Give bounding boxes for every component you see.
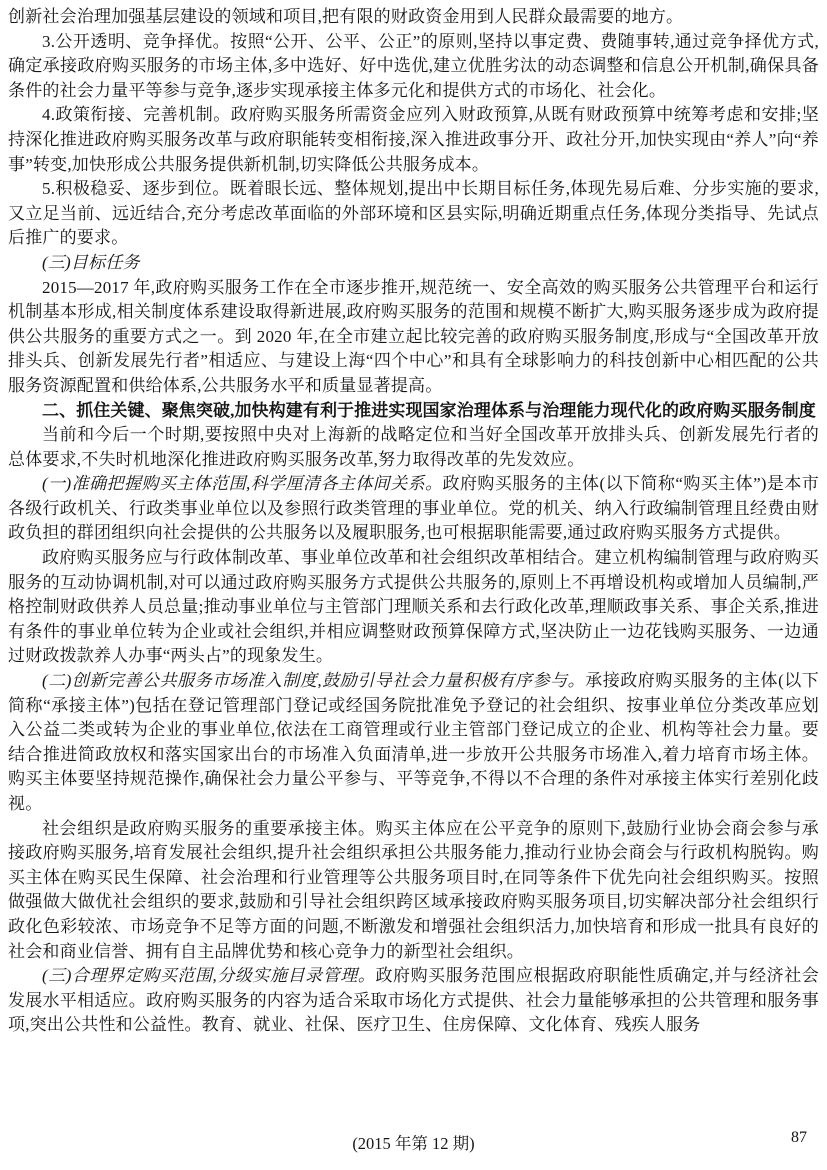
paragraph-section2-intro: 当前和今后一个时期,要按照中央对上海新的战略定位和当好全国改革开放排头兵、创新发… [8,423,819,472]
paragraph-reform-link: 政府购买服务应与行政体制改革、事业单位改革和社会组织改革相结合。建立机构编制管理… [8,546,819,669]
document-page: 创新社会治理加强基层建设的领域和项目,把有限的财政资金用到人民群众最需要的地方。… [0,0,827,1170]
subsection-1-heading: (一)准确把握购买主体范围,科学厘清各主体间关系。 [42,474,443,493]
paragraph-item-5: 5.积极稳妥、逐步到位。既着眼长远、整体规划,提出中长期目标任务,体现先易后难、… [8,177,819,251]
subsection-heading-goals: (三)目标任务 [8,251,819,276]
section-heading-2: 二、抓住关键、聚焦突破,加快构建有利于推进实现国家治理体系与治理能力现代化的政府… [8,399,819,424]
page-footer: (2015 年第 12 期) 87 [8,1132,819,1156]
page-number: 87 [791,1126,807,1150]
paragraph-item-4: 4.政策衔接、完善机制。政府购买服务所需资金应列入财政预算,从既有财政预算中统筹… [8,103,819,177]
document-body: 创新社会治理加强基层建设的领域和项目,把有限的财政资金用到人民群众最需要的地方。… [8,5,819,1038]
paragraph-goals-body: 2015—2017 年,政府购买服务工作在全市逐步推开,规范统一、安全高效的购买… [8,276,819,399]
paragraph-subsection-2: (二)创新完善公共服务市场准入制度,鼓励引导社会力量积极有序参与。承接政府购买服… [8,669,819,817]
subsection-2-heading: (二)创新完善公共服务市场准入制度,鼓励引导社会力量积极有序参与。 [42,671,585,690]
subsection-3-heading: (三)合理界定购买范围,分级实施目录管理。 [42,966,375,985]
paragraph-social-orgs: 社会组织是政府购买服务的重要承接主体。购买主体应在公平竞争的原则下,鼓励行业协会… [8,817,819,965]
subsection-2-body: 承接政府购买服务的主体(以下简称“承接主体”)包括在登记管理部门登记或经国务院批… [8,671,819,813]
paragraph-item-3: 3.公开透明、竞争择优。按照“公开、公平、公正”的原则,坚持以事定费、费随事转,… [8,30,819,104]
paragraph-subsection-3: (三)合理界定购买范围,分级实施目录管理。政府购买服务范围应根据政府职能性质确定… [8,964,819,1038]
issue-label: (2015 年第 12 期) [8,1132,819,1156]
paragraph-subsection-1: (一)准确把握购买主体范围,科学厘清各主体间关系。政府购买服务的主体(以下简称“… [8,472,819,546]
paragraph-continuation: 创新社会治理加强基层建设的领域和项目,把有限的财政资金用到人民群众最需要的地方。 [8,5,819,30]
